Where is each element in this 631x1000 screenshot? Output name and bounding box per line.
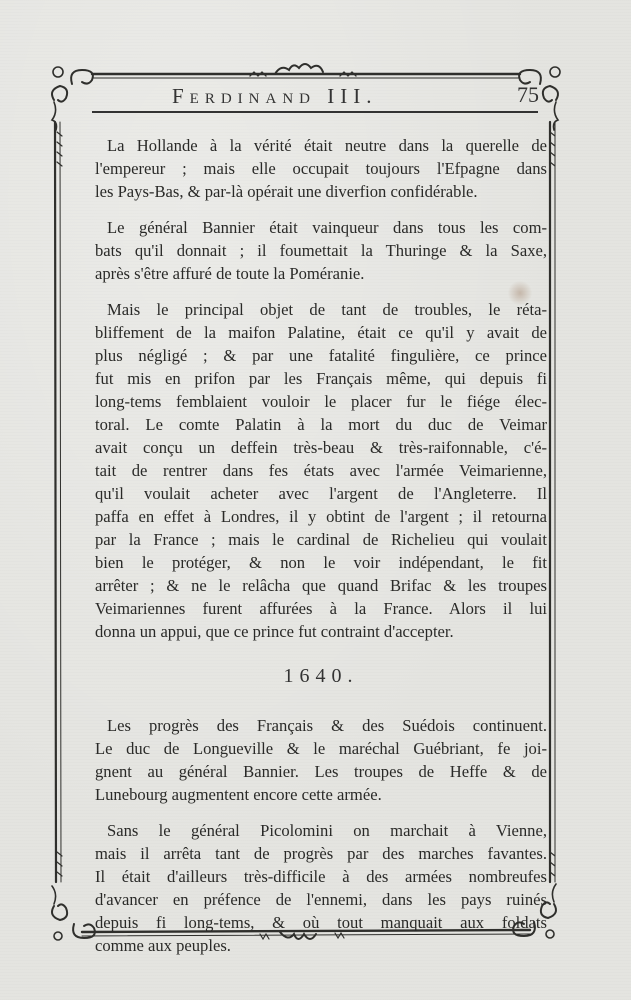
- paragraph: Sans le général Picolomini on marchait à…: [95, 819, 547, 957]
- year-heading: 1640.: [95, 665, 547, 688]
- text-line: Le général Bannier était vainqueur dans …: [95, 216, 547, 239]
- book-page: Ferdinand III. 75 La Hollande à la vérit…: [0, 0, 631, 1000]
- text-line: Sans le général Picolomini on marchait à…: [95, 819, 547, 842]
- paragraph: Mais le principal objet de tant de troub…: [95, 298, 547, 643]
- text-line: donna un appui, que ce prince fut contra…: [95, 620, 547, 643]
- text-line: Le duc de Longueville & le maréchal Guéb…: [95, 737, 547, 760]
- text-line: Mais le principal objet de tant de troub…: [95, 298, 547, 321]
- text-line: Les progrès des Français & des Suédois c…: [95, 714, 547, 737]
- text-line: toral. Le comte Palatin à la mort du duc…: [95, 413, 547, 436]
- text-line: par la France ; mais le cardinal de Rich…: [95, 528, 547, 551]
- text-line: gnent au général Bannier. Les troupes de…: [95, 760, 547, 783]
- text-line: les Pays-Bas, & par-là opérait une diver…: [95, 180, 547, 203]
- header-rule: [92, 111, 538, 113]
- text-line: tait de rentrer dans fes états avec l'ar…: [95, 459, 547, 482]
- running-title: Ferdinand III.: [172, 84, 377, 109]
- text-line: Il était d'ailleurs très-difficile à des…: [95, 865, 547, 888]
- text-line: après s'être affuré de toute la Pomérani…: [95, 262, 547, 285]
- text-line: comme aux peuples.: [95, 934, 547, 957]
- paragraph: Le général Bannier était vainqueur dans …: [95, 216, 547, 285]
- text-line: La Hollande à la vérité était neutre dan…: [95, 134, 547, 157]
- text-line: fut mis en prifon par les Français même,…: [95, 367, 547, 390]
- body-text: La Hollande à la vérité était neutre dan…: [95, 134, 547, 970]
- text-line: arrêter ; & ne le relâcha que quand Brif…: [95, 574, 547, 597]
- text-line: bien le protéger, & non le voir indépend…: [95, 551, 547, 574]
- text-line: bats qu'il donnait ; il foumettait la Th…: [95, 239, 547, 262]
- text-line: plus négligé ; & par une fatalité fingul…: [95, 344, 547, 367]
- text-line: avait conçu un deffein très-beau & très-…: [95, 436, 547, 459]
- text-line: bliffement de la maifon Palatine, était …: [95, 321, 547, 344]
- paragraph: La Hollande à la vérité était neutre dan…: [95, 134, 547, 203]
- running-head: Ferdinand III. 75: [90, 80, 545, 110]
- text-line: Veimariennes furent affurées à la France…: [95, 597, 547, 620]
- text-line: qu'il voulait acheter avec l'argent de l…: [95, 482, 547, 505]
- text-line: mais il arrêta tant de progrès par des m…: [95, 842, 547, 865]
- text-line: d'avancer en préfence de l'ennemi, dans …: [95, 888, 547, 911]
- text-line: Lunebourg augmentent encore cette armée.: [95, 783, 547, 806]
- text-line: depuis fi long-tems, & où tout manquait …: [95, 911, 547, 934]
- text-line: long-tems femblaient vouloir le placer f…: [95, 390, 547, 413]
- text-line: l'empereur ; mais elle occupait toujours…: [95, 157, 547, 180]
- text-line: paffa en effet à Londres, il y obtint de…: [95, 505, 547, 528]
- page-number: 75: [517, 82, 539, 108]
- paragraph: Les progrès des Français & des Suédois c…: [95, 714, 547, 806]
